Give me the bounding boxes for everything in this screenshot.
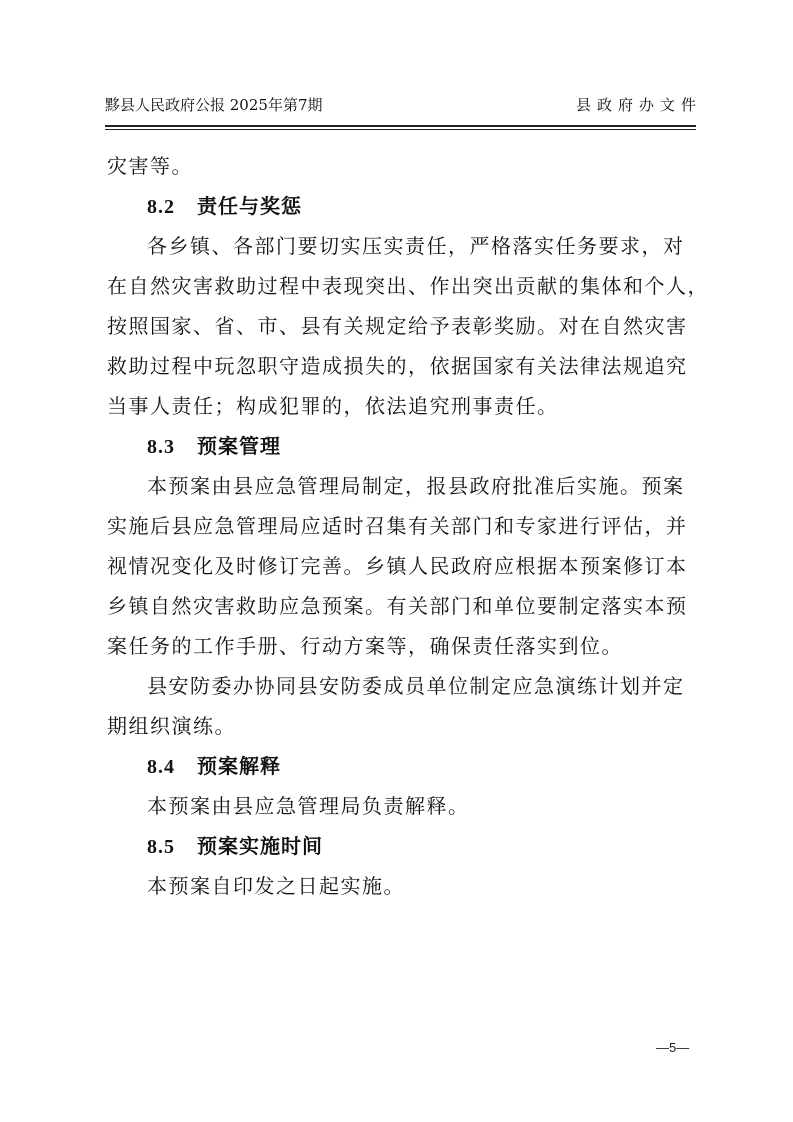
section-title: 预案实施时间	[197, 834, 323, 858]
paragraph-line: 按照国家、省、市、县有关规定给予表彰奖励。对在自然灾害	[107, 306, 697, 346]
section-heading-8-5: 8.5预案实施时间	[107, 826, 697, 866]
document-category: 县政府办文件	[576, 94, 702, 115]
paragraph-line: 案任务的工作手册、行动方案等，确保责任落实到位。	[107, 626, 697, 666]
bulletin-title: 黟县人民政府公报 2025年第7期	[105, 94, 323, 115]
document-body: 灾害等。 8.2责任与奖惩 各乡镇、各部门要切实压实责任，严格落实任务要求，对 …	[107, 146, 697, 906]
section-number: 8.2	[147, 187, 197, 227]
section-number: 8.4	[147, 747, 197, 787]
paragraph-line: 各乡镇、各部门要切实压实责任，严格落实任务要求，对	[107, 226, 697, 266]
header-rule-thick	[105, 125, 696, 127]
paragraph-line: 实施后县应急管理局应适时召集有关部门和专家进行评估，并	[107, 506, 697, 546]
section-heading-8-2: 8.2责任与奖惩	[107, 186, 697, 226]
section-heading-8-4: 8.4预案解释	[107, 746, 697, 786]
paragraph-line: 本预案由县应急管理局负责解释。	[107, 786, 697, 826]
section-title: 预案解释	[197, 754, 281, 778]
section-title: 责任与奖惩	[197, 194, 302, 218]
section-number: 8.3	[147, 427, 197, 467]
running-header: 黟县人民政府公报 2025年第7期 县政府办文件	[105, 93, 696, 115]
paragraph-continuation: 灾害等。	[107, 146, 697, 186]
section-title: 预案管理	[197, 434, 281, 458]
paragraph-line: 本预案自印发之日起实施。	[107, 866, 697, 906]
paragraph-line: 救助过程中玩忽职守造成损失的，依据国家有关法律法规追究	[107, 346, 697, 386]
paragraph-line: 当事人责任；构成犯罪的，依法追究刑事责任。	[107, 386, 697, 426]
header-rule-thin	[105, 129, 696, 130]
paragraph-line: 视情况变化及时修订完善。乡镇人民政府应根据本预案修订本	[107, 546, 697, 586]
paragraph-line: 本预案由县应急管理局制定，报县政府批准后实施。预案	[107, 466, 697, 506]
paragraph-line: 期组织演练。	[107, 706, 697, 746]
section-heading-8-3: 8.3预案管理	[107, 426, 697, 466]
paragraph-line: 乡镇自然灾害救助应急预案。有关部门和单位要制定落实本预	[107, 586, 697, 626]
section-number: 8.5	[147, 827, 197, 867]
page-number: —5—	[656, 1040, 689, 1055]
paragraph-line: 县安防委办协同县安防委成员单位制定应急演练计划并定	[107, 666, 697, 706]
paragraph-line: 在自然灾害救助过程中表现突出、作出突出贡献的集体和个人，	[107, 266, 697, 306]
